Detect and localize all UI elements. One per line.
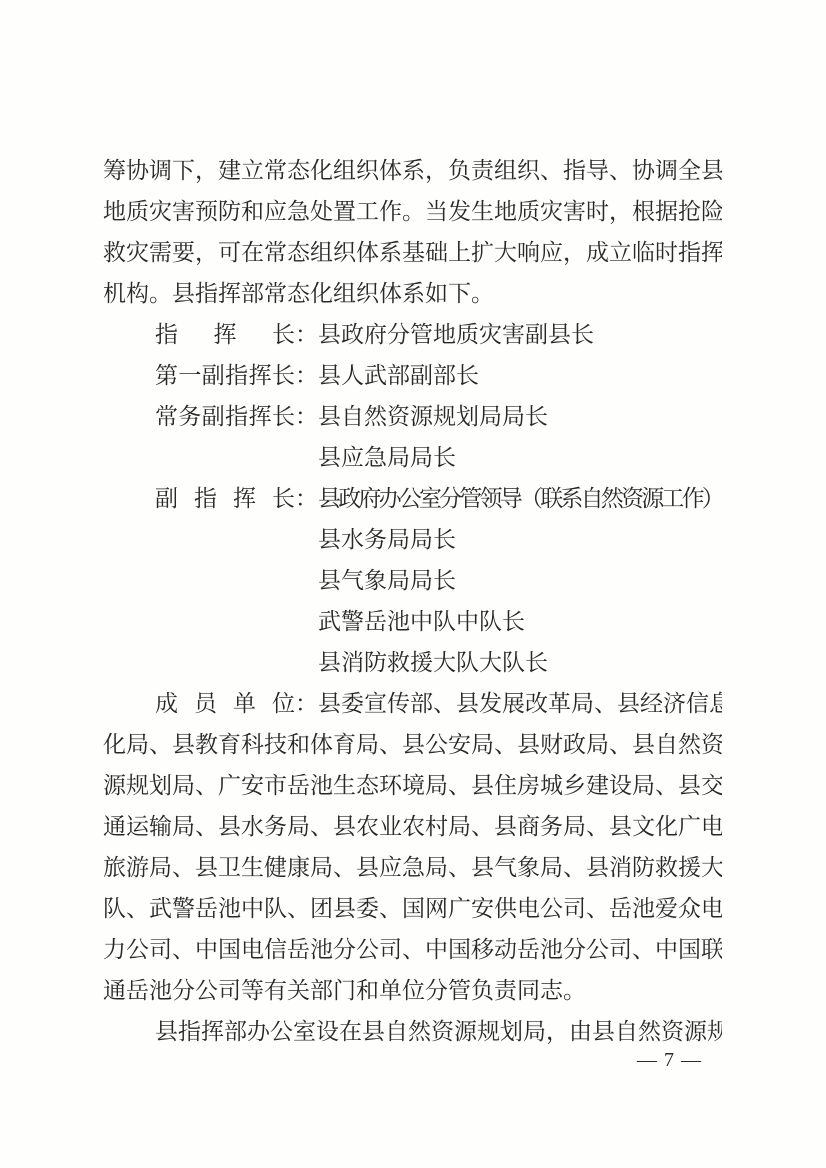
roster-row-continuation: 县消防救援大队大队长: [103, 640, 722, 681]
paragraph-text: 县指挥部办公室设在县自然资源规划局，由县自然资源规: [155, 1013, 722, 1046]
paragraph-text: 筹协调下，建立常态化组织体系，负责组织、指导、协调全县: [103, 152, 722, 185]
roster-value: 县政府办公室分管领导（联系自然资源工作）: [318, 480, 722, 513]
paragraph-text: 地质灾害预防和应急处置工作。当发生地质灾害时，根据抢险: [103, 193, 722, 226]
paragraph-text: 救灾需要，可在常态组织体系基础上扩大响应，成立临时指挥: [103, 234, 722, 267]
member-units-text: 化局、县教育科技和体育局、县公安局、县财政局、县自然资: [103, 726, 722, 759]
paragraph-text: 机构。县指挥部常态化组织体系如下。: [103, 275, 494, 308]
paragraph-line: 力公司、中国电信岳池分公司、中国移动岳池分公司、中国联: [103, 927, 722, 968]
roster-row-continuation: 县气象局局长: [103, 558, 722, 599]
member-units-text: 力公司、中国电信岳池分公司、中国移动岳池分公司、中国联: [103, 931, 722, 964]
page-number: — 7 —: [637, 1048, 702, 1072]
roster-row-continuation: 武警岳池中队中队长: [103, 599, 722, 640]
roster-value: 县水务局局长: [318, 521, 456, 554]
member-units-first-line: 成员单位 ： 县委宣传部、县发展改革局、县经济信息: [103, 681, 722, 722]
roster-colon: ：: [295, 316, 318, 349]
roster-row-executive-deputy: 常务副指挥长 ： 县自然资源规划局局长: [103, 394, 722, 435]
roster-row-first-deputy: 第一副指挥长 ： 县人武部副部长: [103, 353, 722, 394]
roster-colon: ：: [295, 480, 318, 513]
roster-label: 指挥长: [155, 316, 295, 349]
roster-label: 第一副指挥长: [155, 357, 295, 390]
member-units-text: 源规划局、广安市岳池生态环境局、县住房城乡建设局、县交: [103, 767, 722, 800]
paragraph-line: 队、武警岳池中队、团县委、国网广安供电公司、岳池爱众电: [103, 886, 722, 927]
member-units-text: 县委宣传部、县发展改革局、县经济信息: [318, 685, 722, 718]
member-units-text: 旅游局、县卫生健康局、县应急局、县气象局、县消防救援大: [103, 849, 722, 882]
roster-row-deputy: 副指挥长 ： 县政府办公室分管领导（联系自然资源工作）: [103, 476, 722, 517]
roster-value: 县气象局局长: [318, 562, 456, 595]
member-units-text: 通运输局、县水务局、县农业农村局、县商务局、县文化广电: [103, 808, 722, 841]
roster-value: 武警岳池中队中队长: [318, 603, 525, 636]
paragraph-line: 救灾需要，可在常态组织体系基础上扩大响应，成立临时指挥: [103, 230, 722, 271]
roster-colon: ：: [295, 398, 318, 431]
roster-row-commander: 指挥长 ： 县政府分管地质灾害副县长: [103, 312, 722, 353]
paragraph-line: 源规划局、广安市岳池生态环境局、县住房城乡建设局、县交: [103, 763, 722, 804]
roster-colon: ：: [295, 685, 318, 718]
roster-value: 县人武部副部长: [318, 357, 479, 390]
roster-value: 县应急局局长: [318, 439, 456, 472]
member-units-text: 队、武警岳池中队、团县委、国网广安供电公司、岳池爱众电: [103, 890, 722, 923]
member-units-label: 成员单位: [155, 685, 295, 718]
paragraph-line: 地质灾害预防和应急处置工作。当发生地质灾害时，根据抢险: [103, 189, 722, 230]
roster-row-continuation: 县应急局局长: [103, 435, 722, 476]
paragraph-line: 通运输局、县水务局、县农业农村局、县商务局、县文化广电: [103, 804, 722, 845]
roster-colon: ：: [295, 357, 318, 390]
paragraph-line: 旅游局、县卫生健康局、县应急局、县气象局、县消防救援大: [103, 845, 722, 886]
roster-value: 县政府分管地质灾害副县长: [318, 316, 594, 349]
paragraph-line: 筹协调下，建立常态化组织体系，负责组织、指导、协调全县: [103, 148, 722, 189]
paragraph-line: 化局、县教育科技和体育局、县公安局、县财政局、县自然资: [103, 722, 722, 763]
roster-label: 常务副指挥长: [155, 398, 295, 431]
paragraph-line: 县指挥部办公室设在县自然资源规划局，由县自然资源规: [103, 1009, 722, 1050]
roster-label: 副指挥长: [155, 480, 295, 513]
text-block: 筹协调下，建立常态化组织体系，负责组织、指导、协调全县 地质灾害预防和应急处置工…: [103, 148, 722, 1050]
roster-value: 县消防救援大队大队长: [318, 644, 548, 677]
member-units-text: 通岳池分公司等有关部门和单位分管负责同志。: [103, 972, 586, 1005]
roster-value: 县自然资源规划局局长: [318, 398, 548, 431]
roster-row-continuation: 县水务局局长: [103, 517, 722, 558]
document-page: 筹协调下，建立常态化组织体系，负责组织、指导、协调全县 地质灾害预防和应急处置工…: [0, 0, 826, 1168]
paragraph-line: 机构。县指挥部常态化组织体系如下。: [103, 271, 722, 312]
paragraph-line: 通岳池分公司等有关部门和单位分管负责同志。: [103, 968, 722, 1009]
